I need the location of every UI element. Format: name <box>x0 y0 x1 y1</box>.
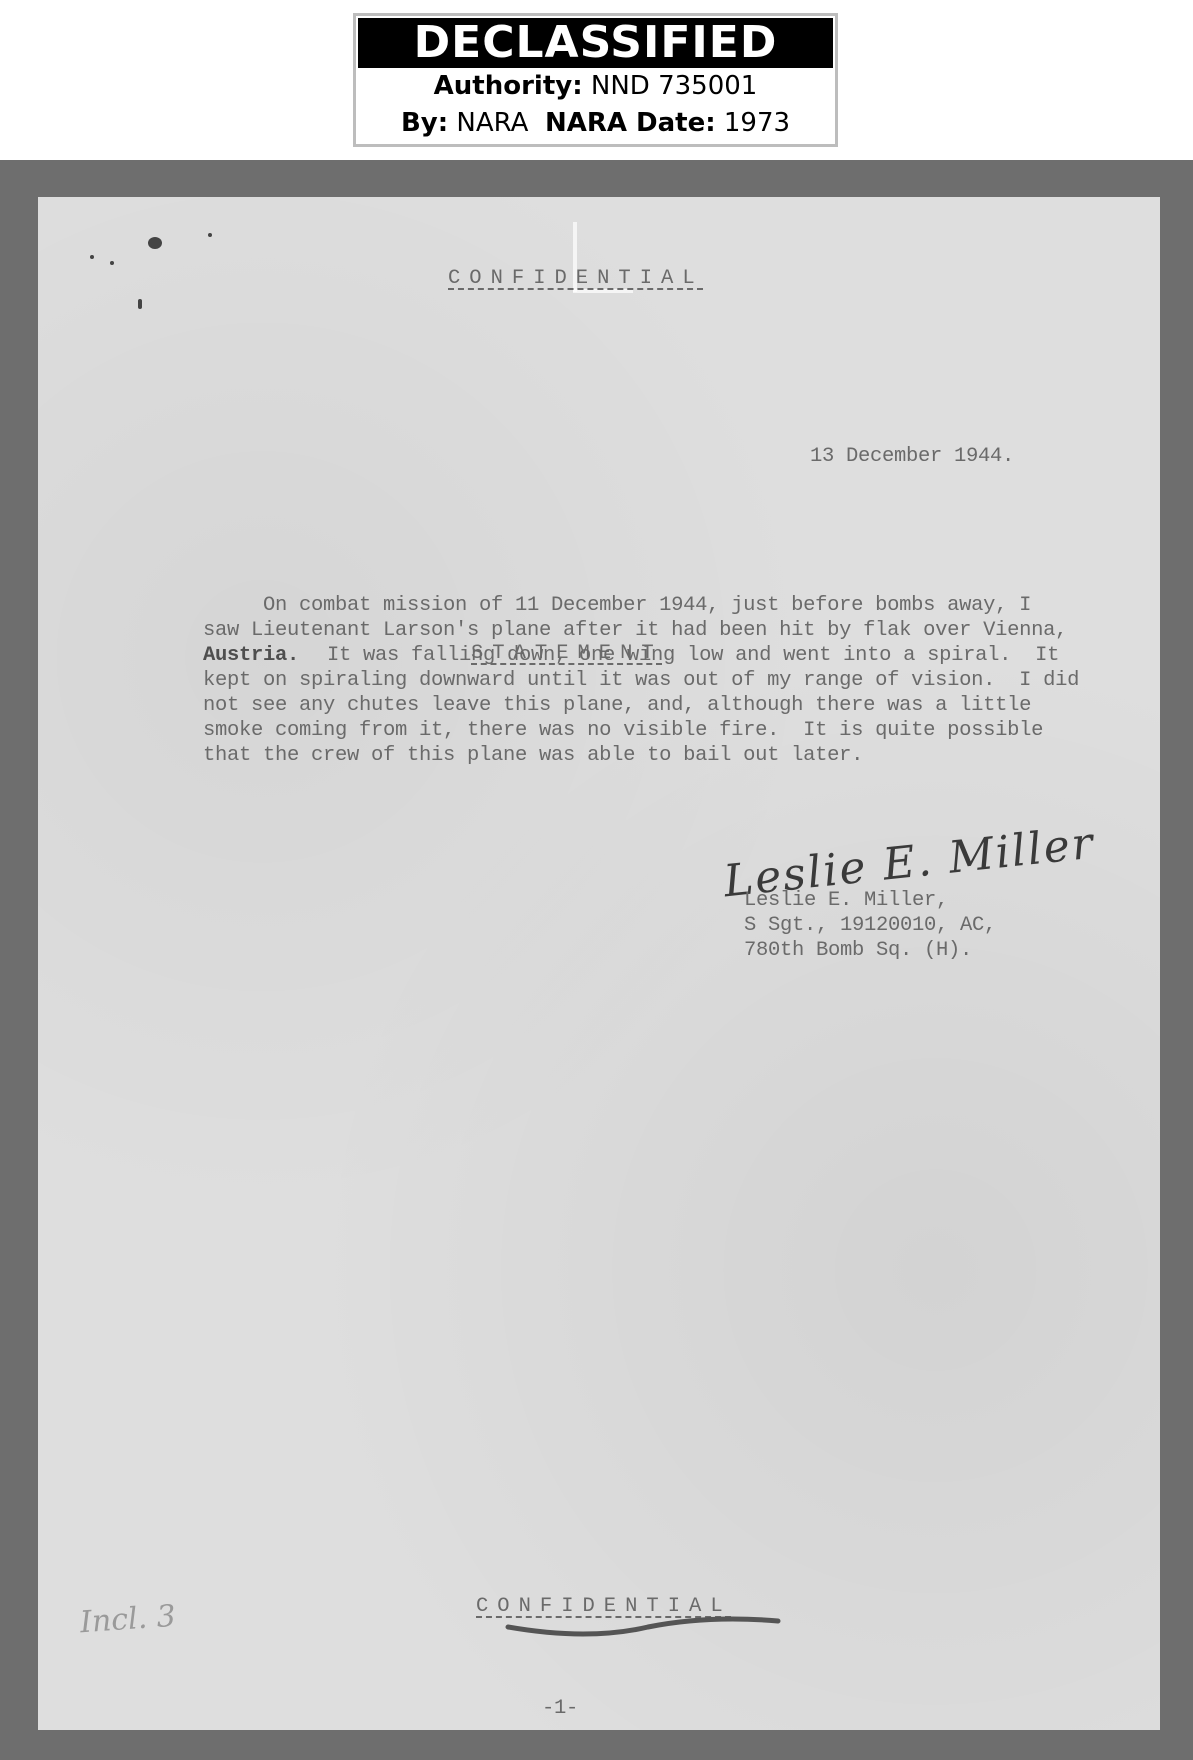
page-number: -1- <box>542 1697 578 1720</box>
speck <box>110 261 114 265</box>
body-line: that the crew of this plane was able to … <box>203 744 863 767</box>
declassified-stamp: DECLASSIFIED Authority: NND 735001 By: N… <box>353 13 838 147</box>
speck <box>148 237 162 249</box>
speck <box>90 255 94 259</box>
signature-name: Leslie E. Miller, <box>744 889 948 912</box>
date-value: 1973 <box>724 108 790 138</box>
authority-label: Authority: <box>434 71 583 101</box>
body-line: It was falling down, one wing low and we… <box>303 644 1059 667</box>
signature-unit: 780th Bomb Sq. (H). <box>744 939 972 962</box>
scanned-page: CONFIDENTIAL 13 December 1944. STATEMENT… <box>0 160 1193 1760</box>
body-line: saw Lieutenant Larson's plane after it h… <box>203 619 1067 642</box>
body-line: kept on spiraling downward until it was … <box>203 669 1079 692</box>
date-label: NARA Date: <box>545 108 716 138</box>
classification-top: CONFIDENTIAL <box>448 267 704 290</box>
stamp-by-date: By: NARA NARA Date: 1973 <box>356 105 835 142</box>
document-date: 13 December 1944. <box>810 445 1014 468</box>
speck <box>138 299 142 309</box>
by-value: NARA <box>456 108 528 138</box>
by-label: By: <box>401 108 448 138</box>
speck <box>208 233 212 237</box>
body-line: On combat mission of 11 December 1944, j… <box>203 594 1031 617</box>
body-line: not see any chutes leave this plane, and… <box>203 694 1031 717</box>
body-line-emphasis: Austria. <box>203 644 299 667</box>
authority-value: NND 735001 <box>591 71 757 101</box>
stamp-authority: Authority: NND 735001 <box>356 68 835 105</box>
strike-mark-icon <box>478 1609 798 1639</box>
signature-rank: S Sgt., 19120010, AC, <box>744 914 996 937</box>
body-line: smoke coming from it, there was no visib… <box>203 719 1043 742</box>
handwritten-enclosure-note: Incl. 3 <box>79 1599 177 1641</box>
stamp-title: DECLASSIFIED <box>358 18 833 68</box>
document-paper: CONFIDENTIAL 13 December 1944. STATEMENT… <box>38 197 1160 1730</box>
